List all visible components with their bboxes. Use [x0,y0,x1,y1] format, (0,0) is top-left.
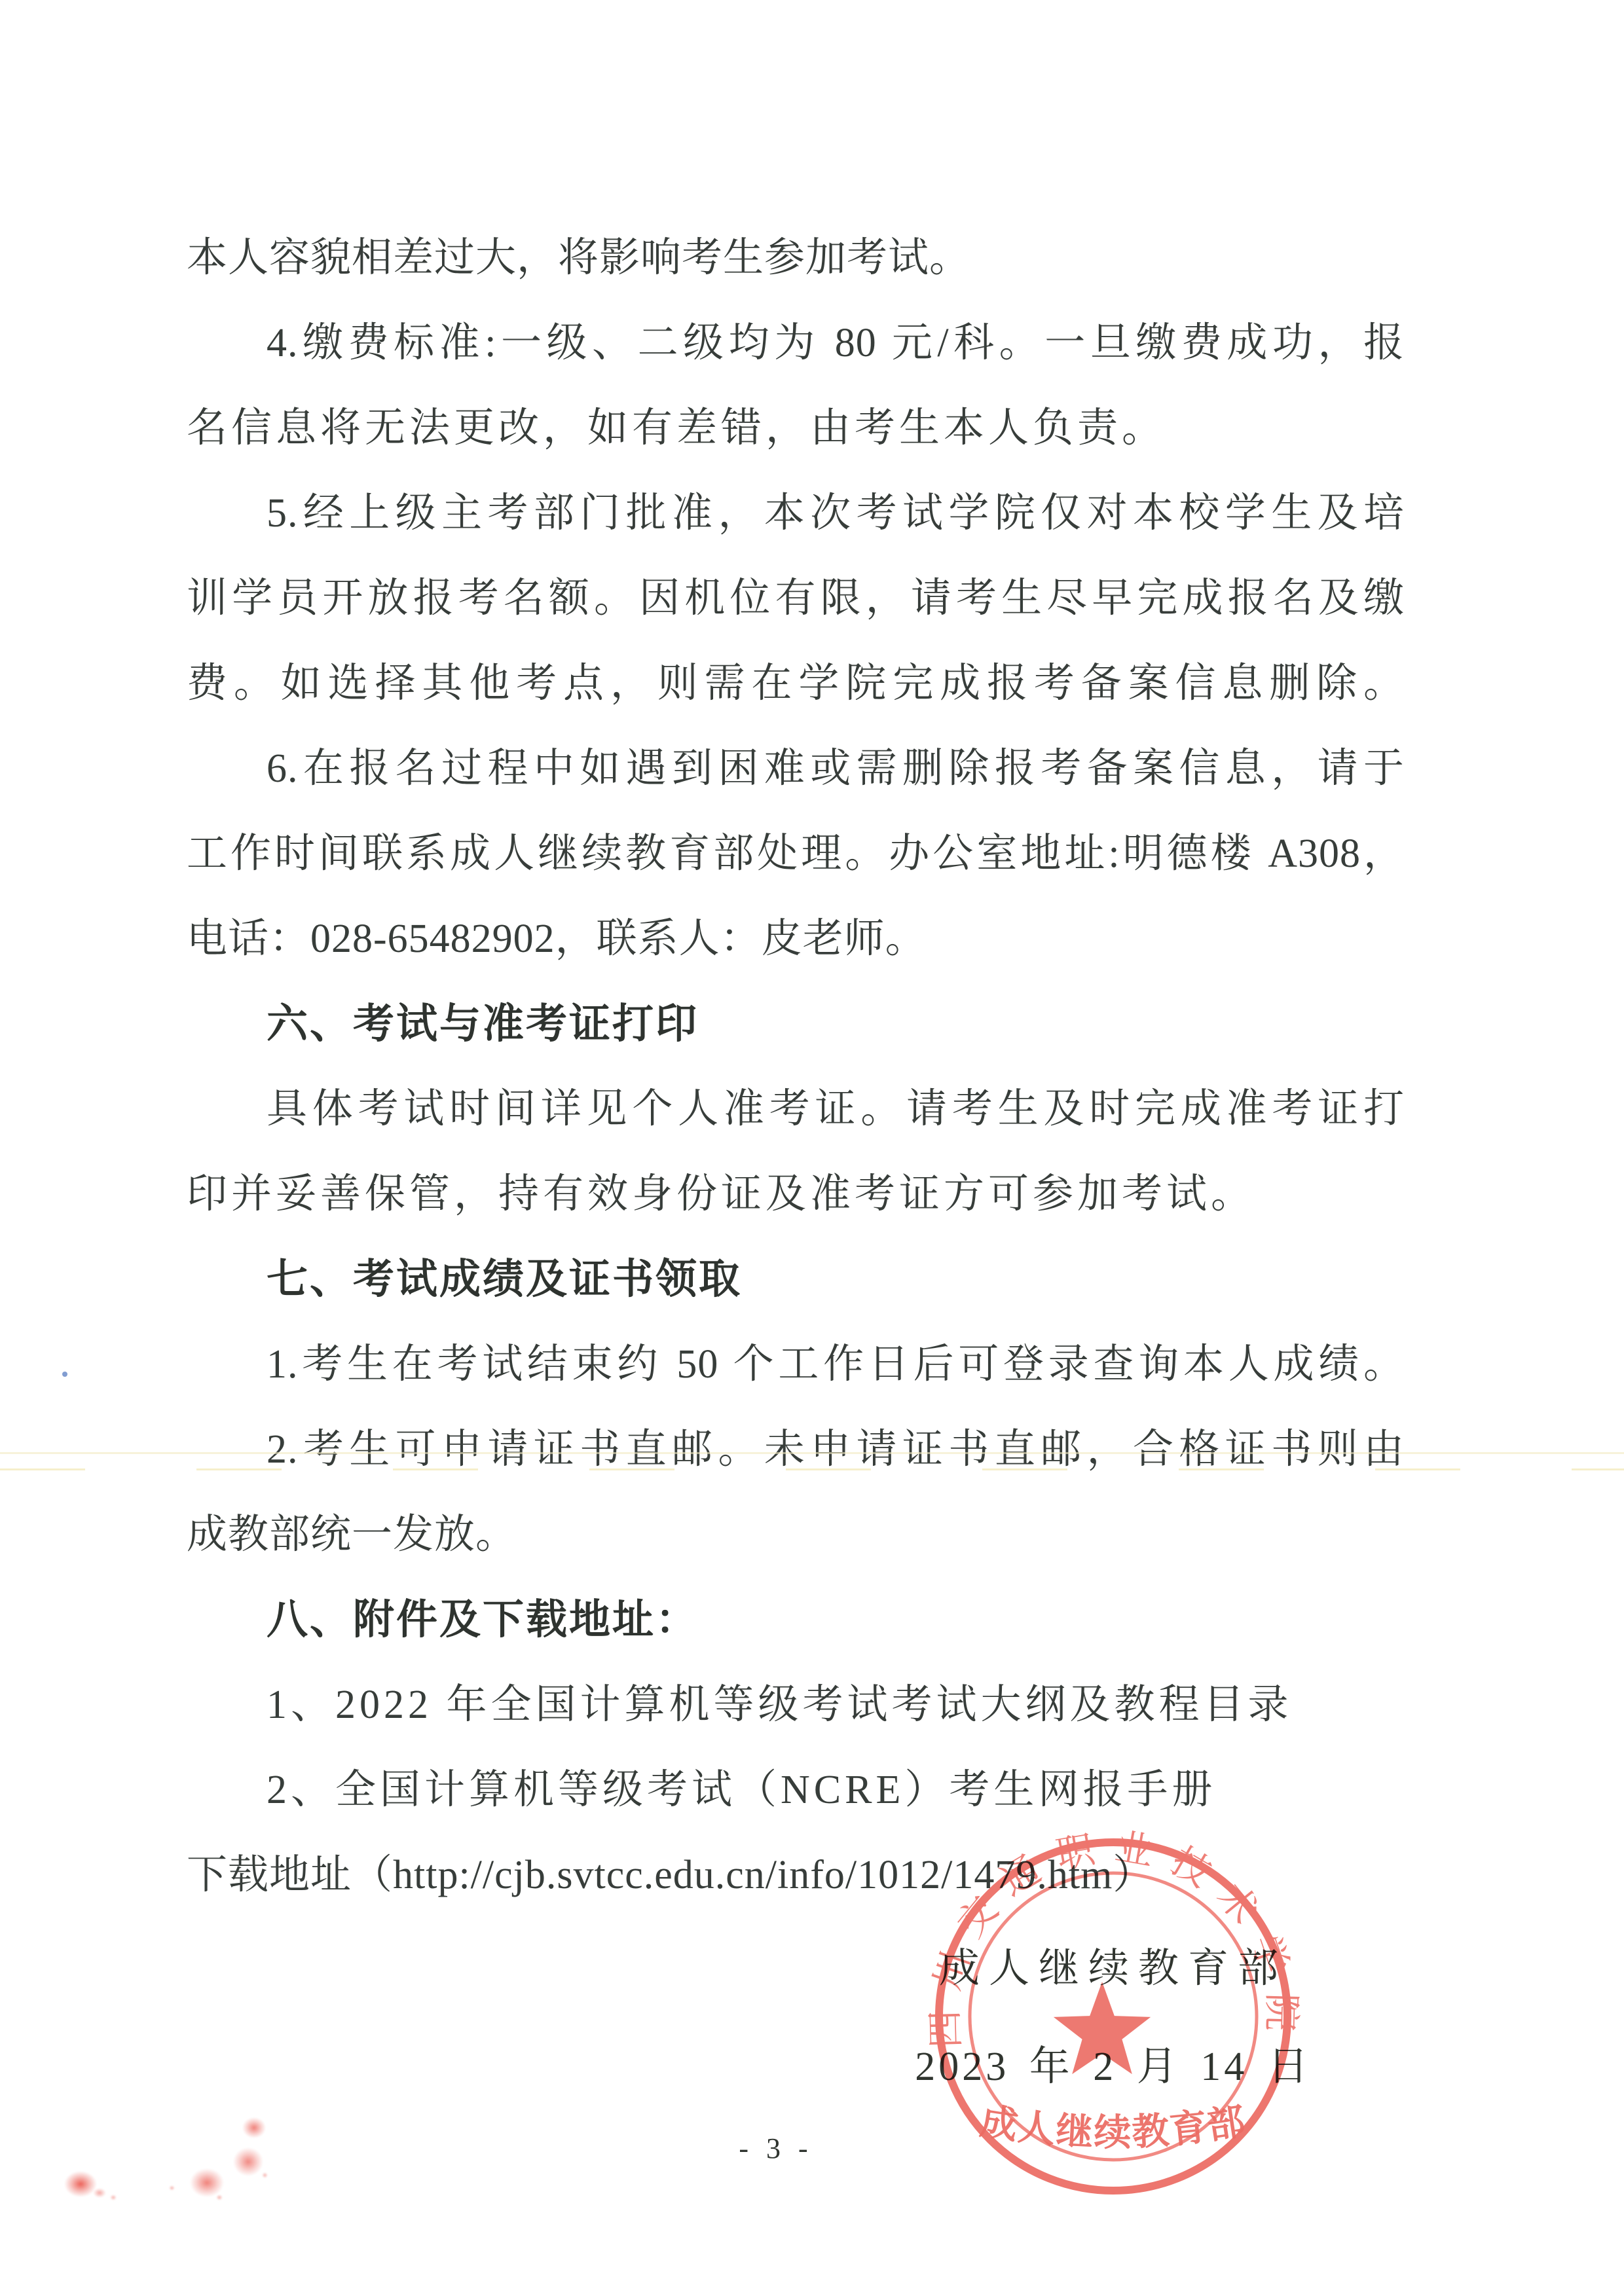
star-icon [1054,1982,1151,2074]
ink-speck [62,1372,67,1377]
text-line: 1.考生在考试结束约 50 个工作日后可登录查询本人成绩。 [187,1322,1405,1407]
text-line: 训学员开放报考名额。因机位有限，请考生尽早完成报名及缴 [187,556,1405,641]
red-ink-speck [169,2185,175,2191]
scan-artifact-line [0,1452,1624,1454]
attachment-item: 1、2022 年全国计算机等级考试考试大纲及教程目录 [187,1662,1405,1747]
red-ink-smudge [190,2168,224,2197]
red-ink-smudge [242,2117,266,2138]
red-ink-smudge [93,2188,106,2198]
text-line: 5.经上级主考部门批准，本次考试学院仅对本校学生及培 [187,471,1405,556]
red-ink-smudge [233,2147,263,2176]
text-line: 6.在报名过程中如遇到困难或需删除报考备案信息，请于 [187,726,1405,811]
red-ink-speck [262,2172,268,2178]
text-line: 4.缴费标准:一级、二级均为 80 元/科。一旦缴费成功，报 [187,301,1405,386]
section-heading-7: 七、考试成绩及证书领取 [187,1237,1405,1322]
scan-artifact-line [0,1468,1624,1470]
red-ink-speck [110,2195,117,2200]
text-line: 费。如选择其他考点，则需在学院完成报考备案信息删除。 [187,641,1405,726]
text-line: 本人容貌相差过大，将影响考生参加考试。 [187,215,1405,301]
section-heading-6: 六、考试与准考证打印 [187,981,1405,1066]
text-line: 2.考生可申请证书直邮。未申请证书直邮，合格证书则由 [187,1407,1405,1492]
text-line: 成教部统一发放。 [187,1492,1405,1577]
red-ink-speck [216,2195,223,2200]
text-line: 电话：028-65482902，联系人：皮老师。 [187,896,1405,981]
text-line: 名信息将无法更改，如有差错，由考生本人负责。 [187,386,1405,471]
text-line: 工作时间联系成人继续教育部处理。办公室地址:明德楼 A308， [187,811,1405,896]
notice-body: 本人容貌相差过大，将影响考生参加考试。 4.缴费标准:一级、二级均为 80 元/… [187,215,1405,1918]
text-line: 具体考试时间详见个人准考证。请考生及时完成准考证打 [187,1066,1405,1152]
text-line: 印并妥善保管，持有效身份证及准考证方可参加考试。 [187,1152,1405,1237]
section-heading-8: 八、附件及下载地址： [187,1577,1405,1662]
red-ink-smudge [64,2171,97,2197]
scanned-document-page: 本人容貌相差过大，将影响考生参加考试。 4.缴费标准:一级、二级均为 80 元/… [0,0,1624,2296]
